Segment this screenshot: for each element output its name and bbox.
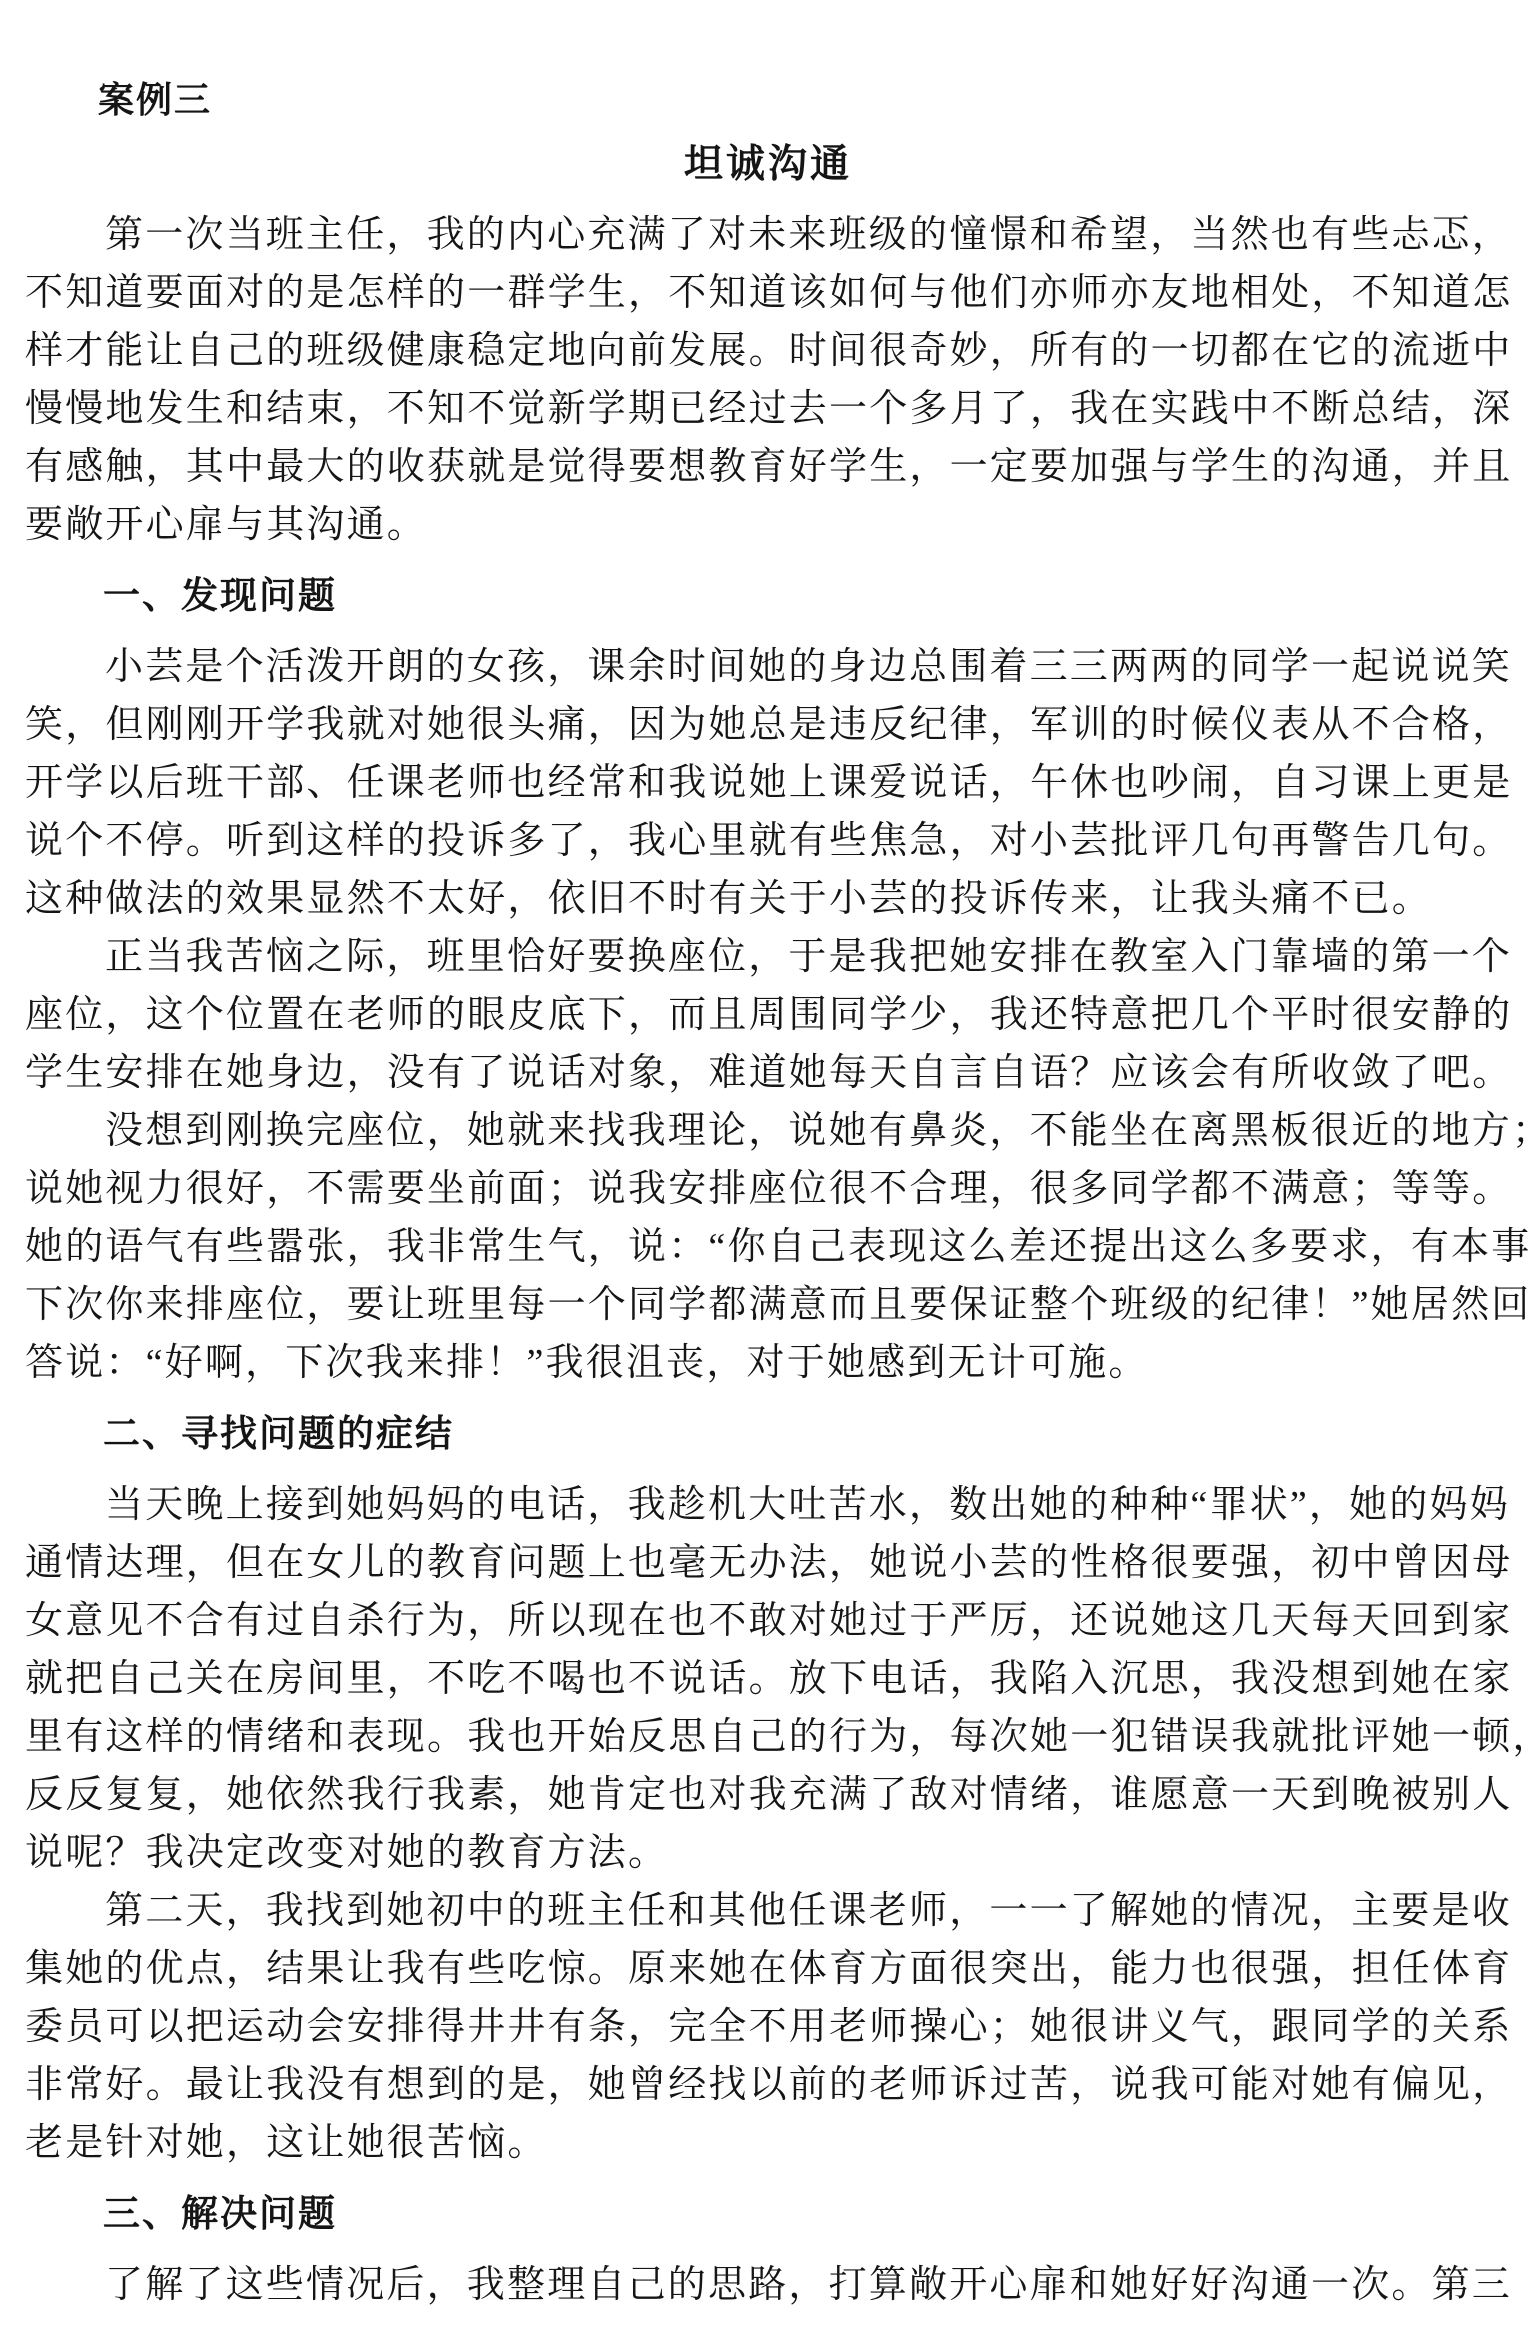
text-line: 这种做法的效果显然不太好，依旧不时有关于小芸的投诉传来，让我头痛不已。 (25, 870, 1511, 928)
section-heading: 三、解决问题 (25, 2185, 1511, 2243)
text-line: 座位，这个位置在老师的眼皮底下，而且周围同学少，我还特意把几个平时很安静的 (25, 986, 1511, 1044)
text-line: 第一次当班主任，我的内心充满了对未来班级的憧憬和希望，当然也有些忐忑， (25, 206, 1511, 264)
text-line: 不知道要面对的是怎样的一群学生，不知道该如何与他们亦师亦友地相处，不知道怎 (25, 264, 1511, 322)
text-line: 样才能让自己的班级健康稳定地向前发展。时间很奇妙，所有的一切都在它的流逝中 (25, 322, 1511, 380)
text-line: 没想到刚换完座位，她就来找我理论，说她有鼻炎，不能坐在离黑板很近的地方； (25, 1102, 1511, 1160)
text-line: 说她视力很好，不需要坐前面；说我安排座位很不合理，很多同学都不满意；等等。 (25, 1160, 1511, 1218)
text-line: 女意见不合有过自杀行为，所以现在也不敢对她过于严厉，还说她这几天每天回到家 (25, 1592, 1511, 1650)
text-line: 委员可以把运动会安排得井井有条，完全不用老师操心；她很讲义气，跟同学的关系 (25, 1998, 1511, 2056)
text-line: 下次你来排座位，要让班里每一个同学都满意而且要保证整个班级的纪律！”她居然回 (25, 1276, 1511, 1334)
text-line: 答说：“好啊，下次我来排！”我很沮丧，对于她感到无计可施。 (25, 1334, 1511, 1392)
text-line: 第二天，我找到她初中的班主任和其他任课老师，一一了解她的情况，主要是收 (25, 1882, 1511, 1940)
document-page: 案例三 坦诚沟通 第一次当班主任，我的内心充满了对未来班级的憧憬和希望，当然也有… (0, 0, 1536, 2333)
text-line: 非常好。最让我没有想到的是，她曾经找以前的老师诉过苦，说我可能对她有偏见， (25, 2056, 1511, 2114)
text-line: 反反复复，她依然我行我素，她肯定也对我充满了敌对情绪，谁愿意一天到晚被别人 (25, 1766, 1511, 1824)
text-line: 慢慢地发生和结束，不知不觉新学期已经过去一个多月了，我在实践中不断总结，深 (25, 380, 1511, 438)
text-line: 老是针对她，这让她很苦恼。 (25, 2114, 1511, 2172)
text-line: 小芸是个活泼开朗的女孩，课余时间她的身边总围着三三两两的同学一起说说笑 (25, 638, 1511, 696)
text-line: 要敞开心扉与其沟通。 (25, 496, 1511, 554)
text-line: 开学以后班干部、任课老师也经常和我说她上课爱说话，午休也吵闹，自习课上更是 (25, 754, 1511, 812)
text-line: 说呢？我决定改变对她的教育方法。 (25, 1824, 1511, 1882)
document-body: 第一次当班主任，我的内心充满了对未来班级的憧憬和希望，当然也有些忐忑，不知道要面… (25, 206, 1511, 2314)
section-heading: 二、寻找问题的症结 (25, 1405, 1511, 1463)
case-label: 案例三 (98, 78, 1511, 122)
text-line: 她的语气有些嚣张，我非常生气，说：“你自己表现这么差还提出这么多要求，有本事 (25, 1218, 1511, 1276)
text-line: 通情达理，但在女儿的教育问题上也毫无办法，她说小芸的性格很要强，初中曾因母 (25, 1534, 1511, 1592)
text-line: 说个不停。听到这样的投诉多了，我心里就有些焦急，对小芸批评几句再警告几句。 (25, 812, 1511, 870)
document-title: 坦诚沟通 (25, 142, 1511, 188)
text-line: 了解了这些情况后，我整理自己的思路，打算敞开心扉和她好好沟通一次。第三 (25, 2256, 1511, 2314)
text-line: 当天晚上接到她妈妈的电话，我趁机大吐苦水，数出她的种种“罪状”，她的妈妈 (25, 1476, 1511, 1534)
text-line: 笑，但刚刚开学我就对她很头痛，因为她总是违反纪律，军训的时候仪表从不合格， (25, 696, 1511, 754)
text-line: 有感触，其中最大的收获就是觉得要想教育好学生，一定要加强与学生的沟通，并且 (25, 438, 1511, 496)
text-line: 学生安排在她身边，没有了说话对象，难道她每天自言自语？应该会有所收敛了吧。 (25, 1044, 1511, 1102)
section-heading: 一、发现问题 (25, 567, 1511, 625)
text-line: 正当我苦恼之际，班里恰好要换座位，于是我把她安排在教室入门靠墙的第一个 (25, 928, 1511, 986)
text-line: 就把自己关在房间里，不吃不喝也不说话。放下电话，我陷入沉思，我没想到她在家 (25, 1650, 1511, 1708)
text-line: 里有这样的情绪和表现。我也开始反思自己的行为，每次她一犯错误我就批评她一顿， (25, 1708, 1511, 1766)
text-line: 集她的优点，结果让我有些吃惊。原来她在体育方面很突出，能力也很强，担任体育 (25, 1940, 1511, 1998)
